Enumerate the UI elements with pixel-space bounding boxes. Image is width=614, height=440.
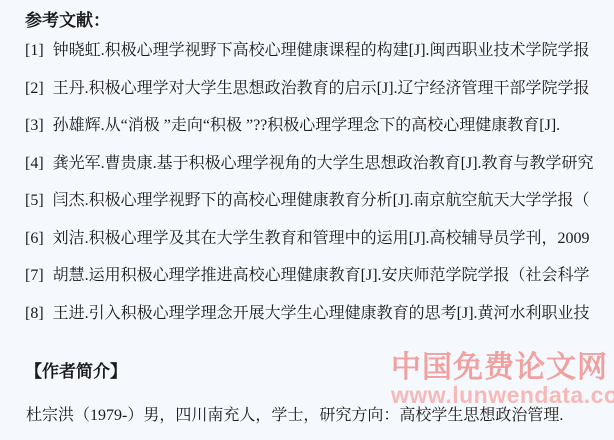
author-bio-text: 杜宗洪（1979-）男，四川南充人，学士，研究方向：高校学生思想政治管理. bbox=[26, 402, 563, 425]
author-section-heading: 【作者简介】 bbox=[25, 357, 127, 382]
reference-index: [7] bbox=[25, 266, 44, 286]
reference-item-5: [5]闫杰.积极心理学视野下的高校心理健康教育分析[J].南京航空航天大学学报（ bbox=[25, 191, 590, 211]
reference-index: [8] bbox=[25, 304, 44, 324]
reference-text: 王丹.积极心理学对大学生思想政治教育的启示[J].辽宁经济管理干部学院学报 bbox=[53, 80, 590, 97]
reference-index: [5] bbox=[25, 191, 44, 211]
reference-item-6: [6]刘洁.积极心理学及其在大学生教育和管理中的运用[J].高校辅导员学刊，20… bbox=[25, 229, 590, 249]
reference-item-1: [1]钟晓虹.积极心理学视野下高校心理健康课程的构建[J].闽西职业技术学院学报 bbox=[25, 41, 590, 61]
reference-item-3: [3]孙雄辉.从“消极 ”走向“积极 ”??积极心理学理念下的高校心理健康教育[… bbox=[25, 116, 560, 136]
reference-item-8: [8]王进.引入积极心理学理念开展大学生心理健康教育的思考[J].黄河水利职业技 bbox=[25, 304, 590, 324]
reference-item-7: [7]胡慧.运用积极心理学推进高校心理健康教育[J].安庆师范学院学报（社会科学 bbox=[25, 266, 590, 286]
site-watermark: 中国免费论文网 www.lunwendata.com bbox=[391, 353, 614, 407]
reference-item-2: [2]王丹.积极心理学对大学生思想政治教育的启示[J].辽宁经济管理干部学院学报 bbox=[25, 79, 590, 99]
reference-text: 钟晓虹.积极心理学视野下高校心理健康课程的构建[J].闽西职业技术学院学报 bbox=[53, 42, 590, 59]
reference-index: [4] bbox=[25, 154, 44, 174]
reference-text: 闫杰.积极心理学视野下的高校心理健康教育分析[J].南京航空航天大学学报（ bbox=[53, 192, 590, 209]
watermark-site-name: 中国免费论文网 bbox=[391, 353, 614, 383]
reference-index: [1] bbox=[25, 41, 44, 61]
reference-index: [6] bbox=[25, 229, 44, 249]
reference-text: 胡慧.运用积极心理学推进高校心理健康教育[J].安庆师范学院学报（社会科学 bbox=[53, 267, 590, 284]
reference-text: 龚光军.曹贵康.基于积极心理学视角的大学生思想政治教育[J].教育与教学研究 bbox=[53, 155, 594, 172]
reference-text: 刘洁.积极心理学及其在大学生教育和管理中的运用[J].高校辅导员学刊，2009 bbox=[53, 230, 590, 247]
reference-index: [2] bbox=[25, 79, 44, 99]
article-page: 参考文献： [1]钟晓虹.积极心理学视野下高校心理健康课程的构建[J].闽西职业… bbox=[0, 0, 614, 440]
reference-text: 孙雄辉.从“消极 ”走向“积极 ”??积极心理学理念下的高校心理健康教育[J]. bbox=[53, 117, 561, 134]
reference-item-4: [4]龚光军.曹贵康.基于积极心理学视角的大学生思想政治教育[J].教育与教学研… bbox=[25, 154, 594, 174]
references-heading: 参考文献： bbox=[25, 6, 110, 31]
reference-text: 王进.引入积极心理学理念开展大学生心理健康教育的思考[J].黄河水利职业技 bbox=[53, 305, 590, 322]
reference-index: [3] bbox=[25, 116, 44, 136]
